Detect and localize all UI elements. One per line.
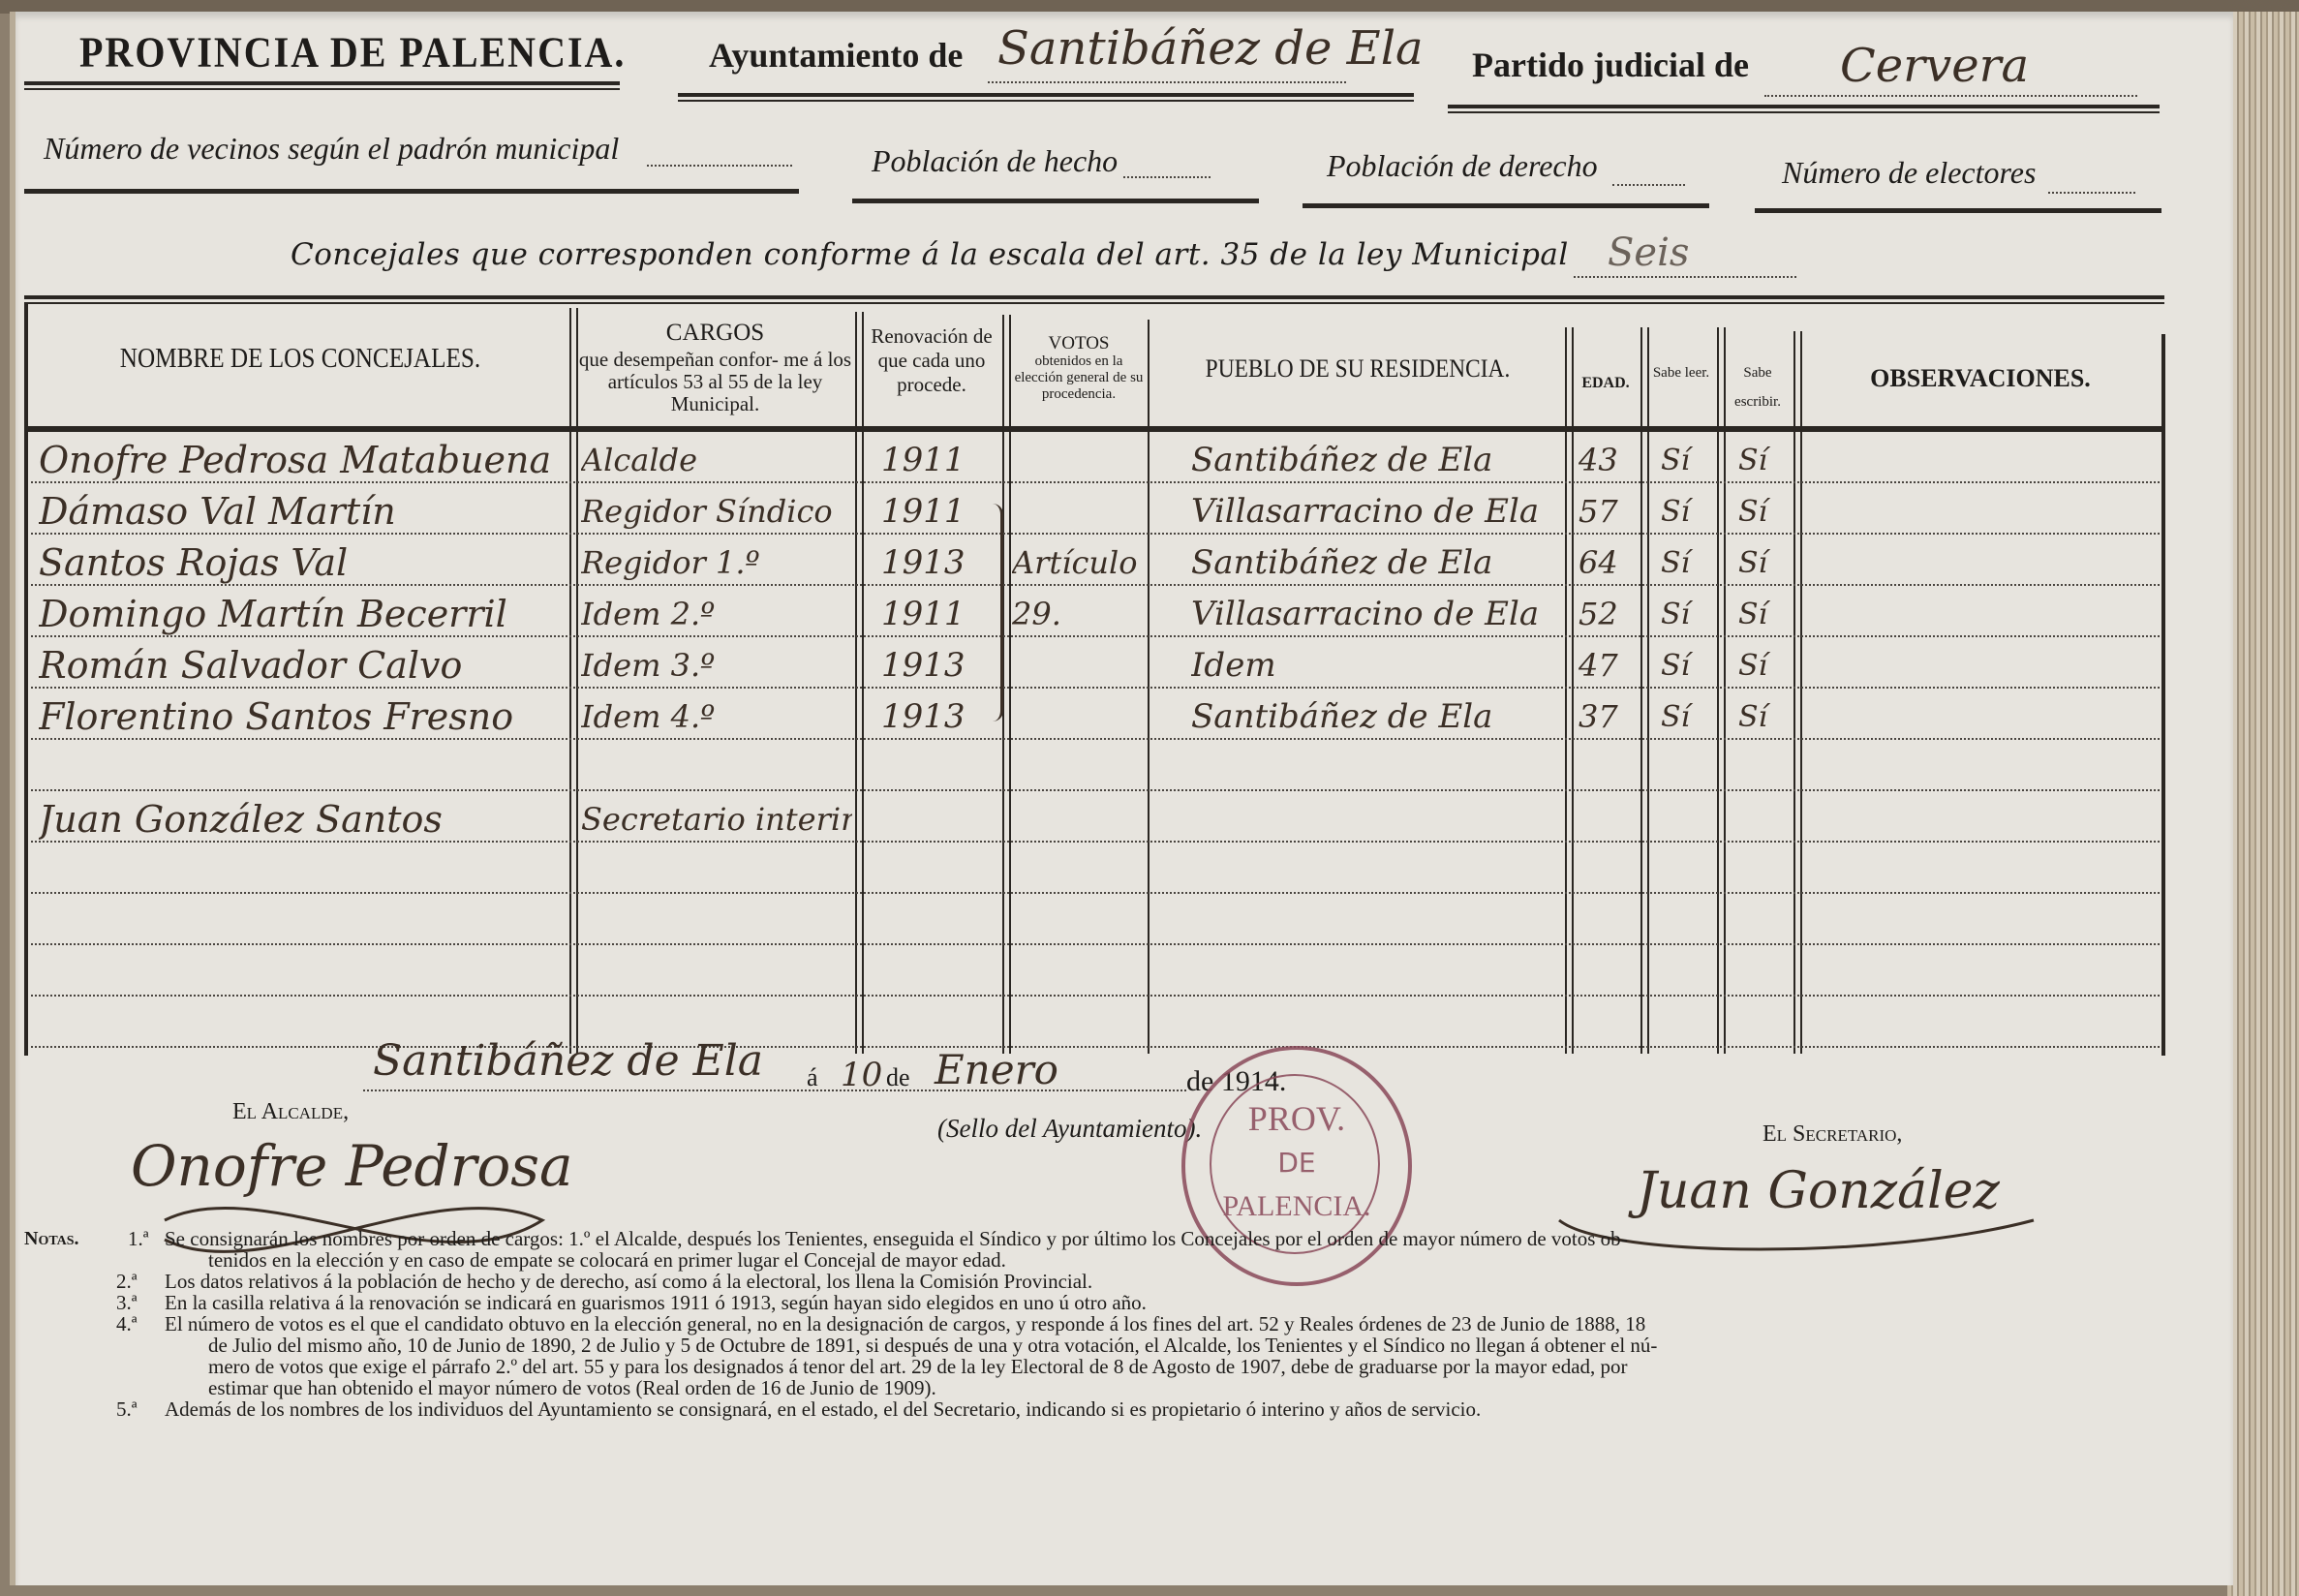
cell-leer[interactable]: Sí [1661,540,1714,586]
province-title: PROVINCIA DE PALENCIA. [79,27,626,77]
cell-renovacion[interactable]: 1913 [881,540,997,586]
divider [1448,105,2160,113]
date-a: á [807,1063,818,1092]
seal-line-3: PALENCIA. [1185,1190,1408,1223]
cell-escribir[interactable]: Sí [1738,540,1792,586]
seal-line-2: DE [1185,1147,1408,1179]
cell-nombre[interactable]: Dámaso Val Martín [39,489,562,535]
cell-leer[interactable]: Sí [1661,694,1714,740]
concejales-count-value[interactable]: Seis [1608,230,1689,275]
cell-cargo[interactable]: Idem 2.º [581,592,852,637]
divider [852,199,1259,203]
cell-pueblo[interactable]: Santibáñez de Ela [1191,540,1564,586]
column-divider [1793,331,1802,1054]
poblacion-derecho-label: Población de derecho [1327,148,1598,184]
header-observaciones: OBSERVACIONES. [1801,368,2160,389]
note-text: estimar que han obtenido el mayor número… [208,1377,936,1398]
row-rule [31,789,2160,791]
cell-pueblo[interactable]: Villasarracino de Ela [1191,592,1564,637]
row-rule [31,995,2160,997]
note-text: Los datos relativos á la población de he… [165,1271,1092,1292]
divider [1755,208,2161,213]
header-cargos-sub: que desempeñan confor- me á los artículo… [577,349,853,415]
column-divider [569,308,578,1054]
note-number: 5.ª [116,1398,138,1420]
cell-pueblo[interactable]: Idem [1191,643,1564,689]
cell-escribir[interactable]: Sí [1738,694,1792,740]
note-number: 1.ª [128,1228,149,1249]
book-page-edges [2227,12,2299,1596]
ayuntamiento-label: Ayuntamiento de [709,35,963,76]
electores-field[interactable] [2048,192,2135,194]
note-text: de Julio del mismo año, 10 de Junio de 1… [208,1335,1657,1356]
note-text: tenidos en la elección y en caso de empa… [208,1249,1006,1271]
vecinos-label: Número de vecinos según el padrón munici… [44,131,619,167]
divider [678,93,1414,102]
row-rule [31,892,2160,894]
row-rule [31,1046,2160,1048]
note-text: mero de votos que exige el párrafo 2.º d… [208,1356,1628,1377]
note-text: Se consignarán los nombres por orden de … [165,1228,1628,1249]
header-pueblo: PUEBLO DE SU RESIDENCIA. [1175,358,1541,380]
date-day[interactable]: 10 [841,1056,882,1094]
date-month[interactable]: Enero [935,1046,1058,1093]
divider [1303,203,1709,208]
header-votos-title: VOTOS [1011,334,1147,353]
cell-leer[interactable]: Sí [1661,438,1714,483]
cell-edad[interactable]: 57 [1579,489,1639,535]
note-number: 3.ª [116,1292,138,1313]
poblacion-derecho-field[interactable] [1612,184,1685,186]
cell-pueblo[interactable]: Santibáñez de Ela [1191,694,1564,740]
cell-nombre[interactable]: Florentino Santos Fresno [39,694,562,740]
seal-line-1: PROV. [1185,1098,1408,1139]
header-cargos-title: CARGOS [577,320,853,347]
date-de: de [886,1063,910,1092]
dotted-leader [1574,276,1796,278]
date-dotted-line [363,1090,1186,1091]
bracket-mark [993,504,1003,721]
cell-renovacion[interactable]: 1913 [881,643,997,689]
cell-renovacion[interactable]: 1911 [881,438,997,483]
cell-votos[interactable]: 29. [1012,592,1148,637]
secretario-label: El Secretario, [1763,1121,1902,1148]
cell-edad[interactable]: 64 [1579,540,1639,586]
cell-escribir[interactable]: Sí [1738,489,1792,535]
cell-edad[interactable]: 43 [1579,438,1639,483]
cell-leer[interactable]: Sí [1661,592,1714,637]
cell-edad[interactable]: 37 [1579,694,1639,740]
cell-votos[interactable]: Artículo [1012,540,1148,586]
cell-cargo[interactable]: Secretario interino. [581,797,852,843]
cell-cargo[interactable]: Regidor 1.º [581,540,852,586]
cell-edad[interactable]: 47 [1579,643,1639,689]
cell-leer[interactable]: Sí [1661,643,1714,689]
cell-pueblo[interactable]: Santibáñez de Ela [1191,438,1564,483]
row-rule [31,943,2160,945]
table-right-border [2161,334,2165,1056]
cell-renovacion[interactable]: 1911 [881,592,997,637]
cell-nombre[interactable]: Juan González Santos [39,797,562,843]
partido-value[interactable]: Cervera [1840,39,2029,93]
cell-escribir[interactable]: Sí [1738,643,1792,689]
cell-cargo[interactable]: Idem 3.º [581,643,852,689]
notes-label: Notas. [24,1228,79,1249]
cell-nombre[interactable]: Domingo Martín Becerril [39,592,562,637]
header-nombre: NOMBRE DE LOS CONCEJALES. [65,349,536,370]
sello-label: (Sello del Ayuntamiento). [937,1114,1202,1144]
partido-label: Partido judicial de [1472,45,1749,85]
cell-pueblo[interactable]: Villasarracino de Ela [1191,489,1564,535]
divider [24,189,799,194]
header-renovacion: Renovación de que cada uno procede. [864,324,999,397]
electores-label: Número de electores [1782,155,2036,191]
dotted-leader [988,81,1346,83]
poblacion-hecho-label: Población de hecho [872,143,1118,179]
header-sabe-escribir: Sabe escribir. [1723,358,1793,416]
header-sabe-leer: Sabe leer. [1646,358,1716,387]
cell-cargo[interactable]: Regidor Síndico [581,489,852,535]
note-number: 4.ª [116,1313,138,1335]
cell-escribir[interactable]: Sí [1738,438,1792,483]
cell-edad[interactable]: 52 [1579,592,1639,637]
header-votos-sub: obtenidos en la elección general de su p… [1011,353,1147,403]
note-text: Además de los nombres de los individuos … [165,1398,1481,1420]
divider [24,81,620,90]
cell-nombre[interactable]: Santos Rojas Val [39,540,562,586]
ayuntamiento-value[interactable]: Santibáñez de Ela [997,21,1424,76]
dotted-leader [1764,95,2137,97]
table-left-border [24,302,28,1056]
poblacion-hecho-field[interactable] [1123,176,1211,178]
cell-renovacion[interactable]: 1913 [881,694,997,740]
cell-nombre[interactable]: Onofre Pedrosa Matabuena [39,438,562,483]
table-top-border [24,295,2164,304]
header-edad: EDAD. [1571,373,1640,394]
cell-nombre[interactable]: Román Salvador Calvo [39,643,562,689]
header-bottom-border [27,426,2162,432]
note-text: En la casilla relativa á la renovación s… [165,1292,1147,1313]
cell-escribir[interactable]: Sí [1738,592,1792,637]
cell-cargo[interactable]: Idem 4.º [581,694,852,740]
cell-leer[interactable]: Sí [1661,489,1714,535]
concejales-scale-label: Concejales que corresponden conforme á l… [291,237,1569,272]
date-place[interactable]: Santibáñez de Ela [373,1036,763,1086]
cell-cargo[interactable]: Alcalde [581,438,852,483]
note-text: El número de votos es el que el candidat… [165,1313,1645,1335]
vecinos-field[interactable] [647,165,792,167]
cell-renovacion[interactable]: 1911 [881,489,997,535]
note-number: 2.ª [116,1271,138,1292]
alcalde-label: El Alcalde, [232,1099,349,1125]
